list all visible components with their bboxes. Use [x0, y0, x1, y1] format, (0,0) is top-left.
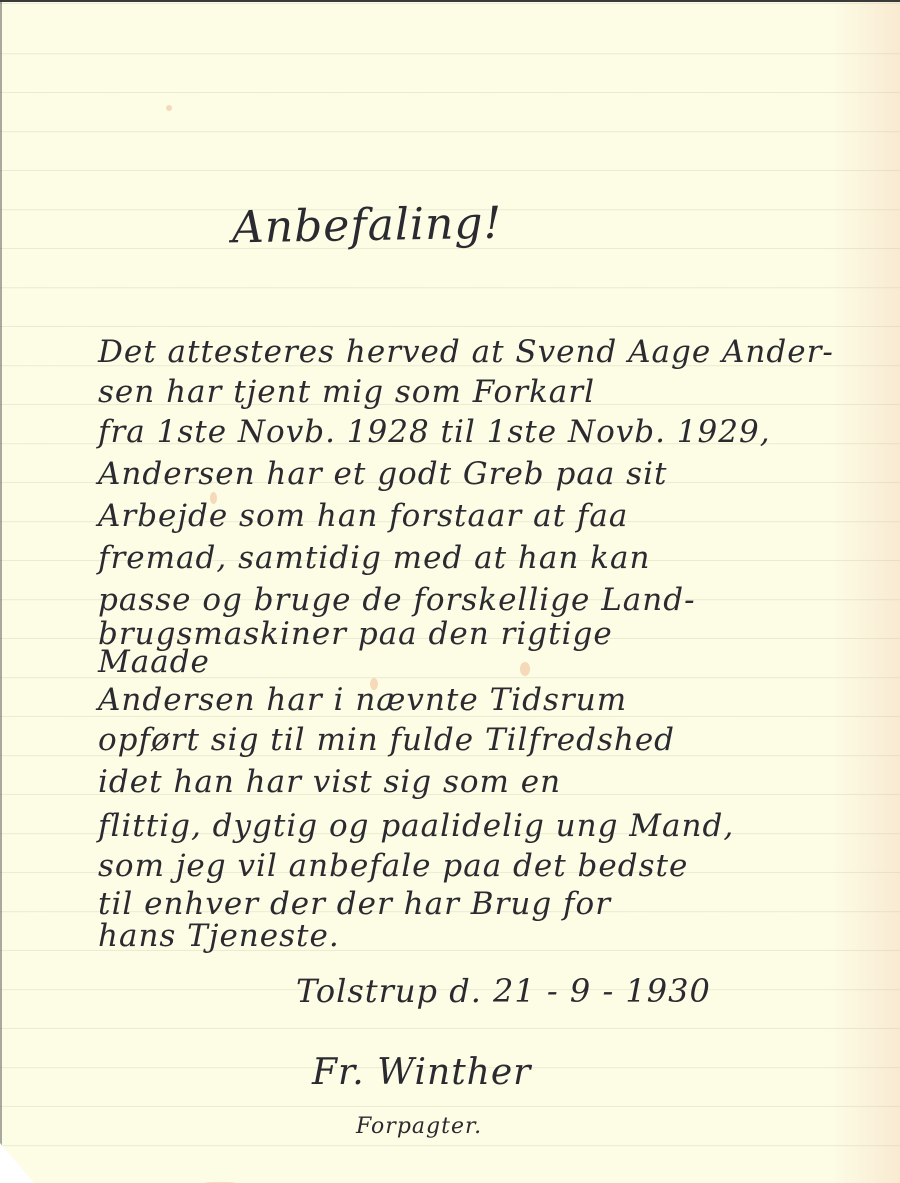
- body-line: hans Tjeneste.: [98, 916, 340, 956]
- signer-role: Forpagter.: [356, 1114, 482, 1139]
- body-line: Andersen har i nævnte Tidsrum: [98, 680, 627, 720]
- paper-stain: [166, 105, 172, 111]
- body-line: som jeg vil anbefale paa det bedste: [98, 846, 688, 886]
- body-line: Maade: [98, 642, 210, 682]
- torn-corner: [0, 1143, 34, 1183]
- body-line: flittig, dygtig og paalidelig ung Mand,: [98, 806, 734, 846]
- body-line: sen har tjent mig som Forkarl: [98, 372, 595, 412]
- body-line: Arbejde som han forstaar at faa: [98, 496, 628, 536]
- letter-page: Anbefaling! Det attesteres herved at Sve…: [0, 0, 900, 1183]
- body-line: idet han har vist sig som en: [98, 762, 561, 802]
- paper-stain: [520, 662, 530, 676]
- body-line: Andersen har et godt Greb paa sit: [98, 454, 667, 494]
- place-and-date: Tolstrup d. 21 - 9 - 1930: [296, 972, 711, 1010]
- body-line: Det attesteres herved at Svend Aage Ande…: [98, 332, 834, 372]
- body-line: opført sig til min fulde Tilfredshed: [98, 720, 675, 760]
- body-line: fremad, samtidig med at han kan: [98, 538, 650, 578]
- signature: Fr. Winther: [312, 1052, 531, 1093]
- paper-edge: [0, 2, 2, 1183]
- letter-title: Anbefaling!: [232, 198, 503, 254]
- body-line: fra 1ste Novb. 1928 til 1ste Novb. 1929,: [98, 412, 771, 452]
